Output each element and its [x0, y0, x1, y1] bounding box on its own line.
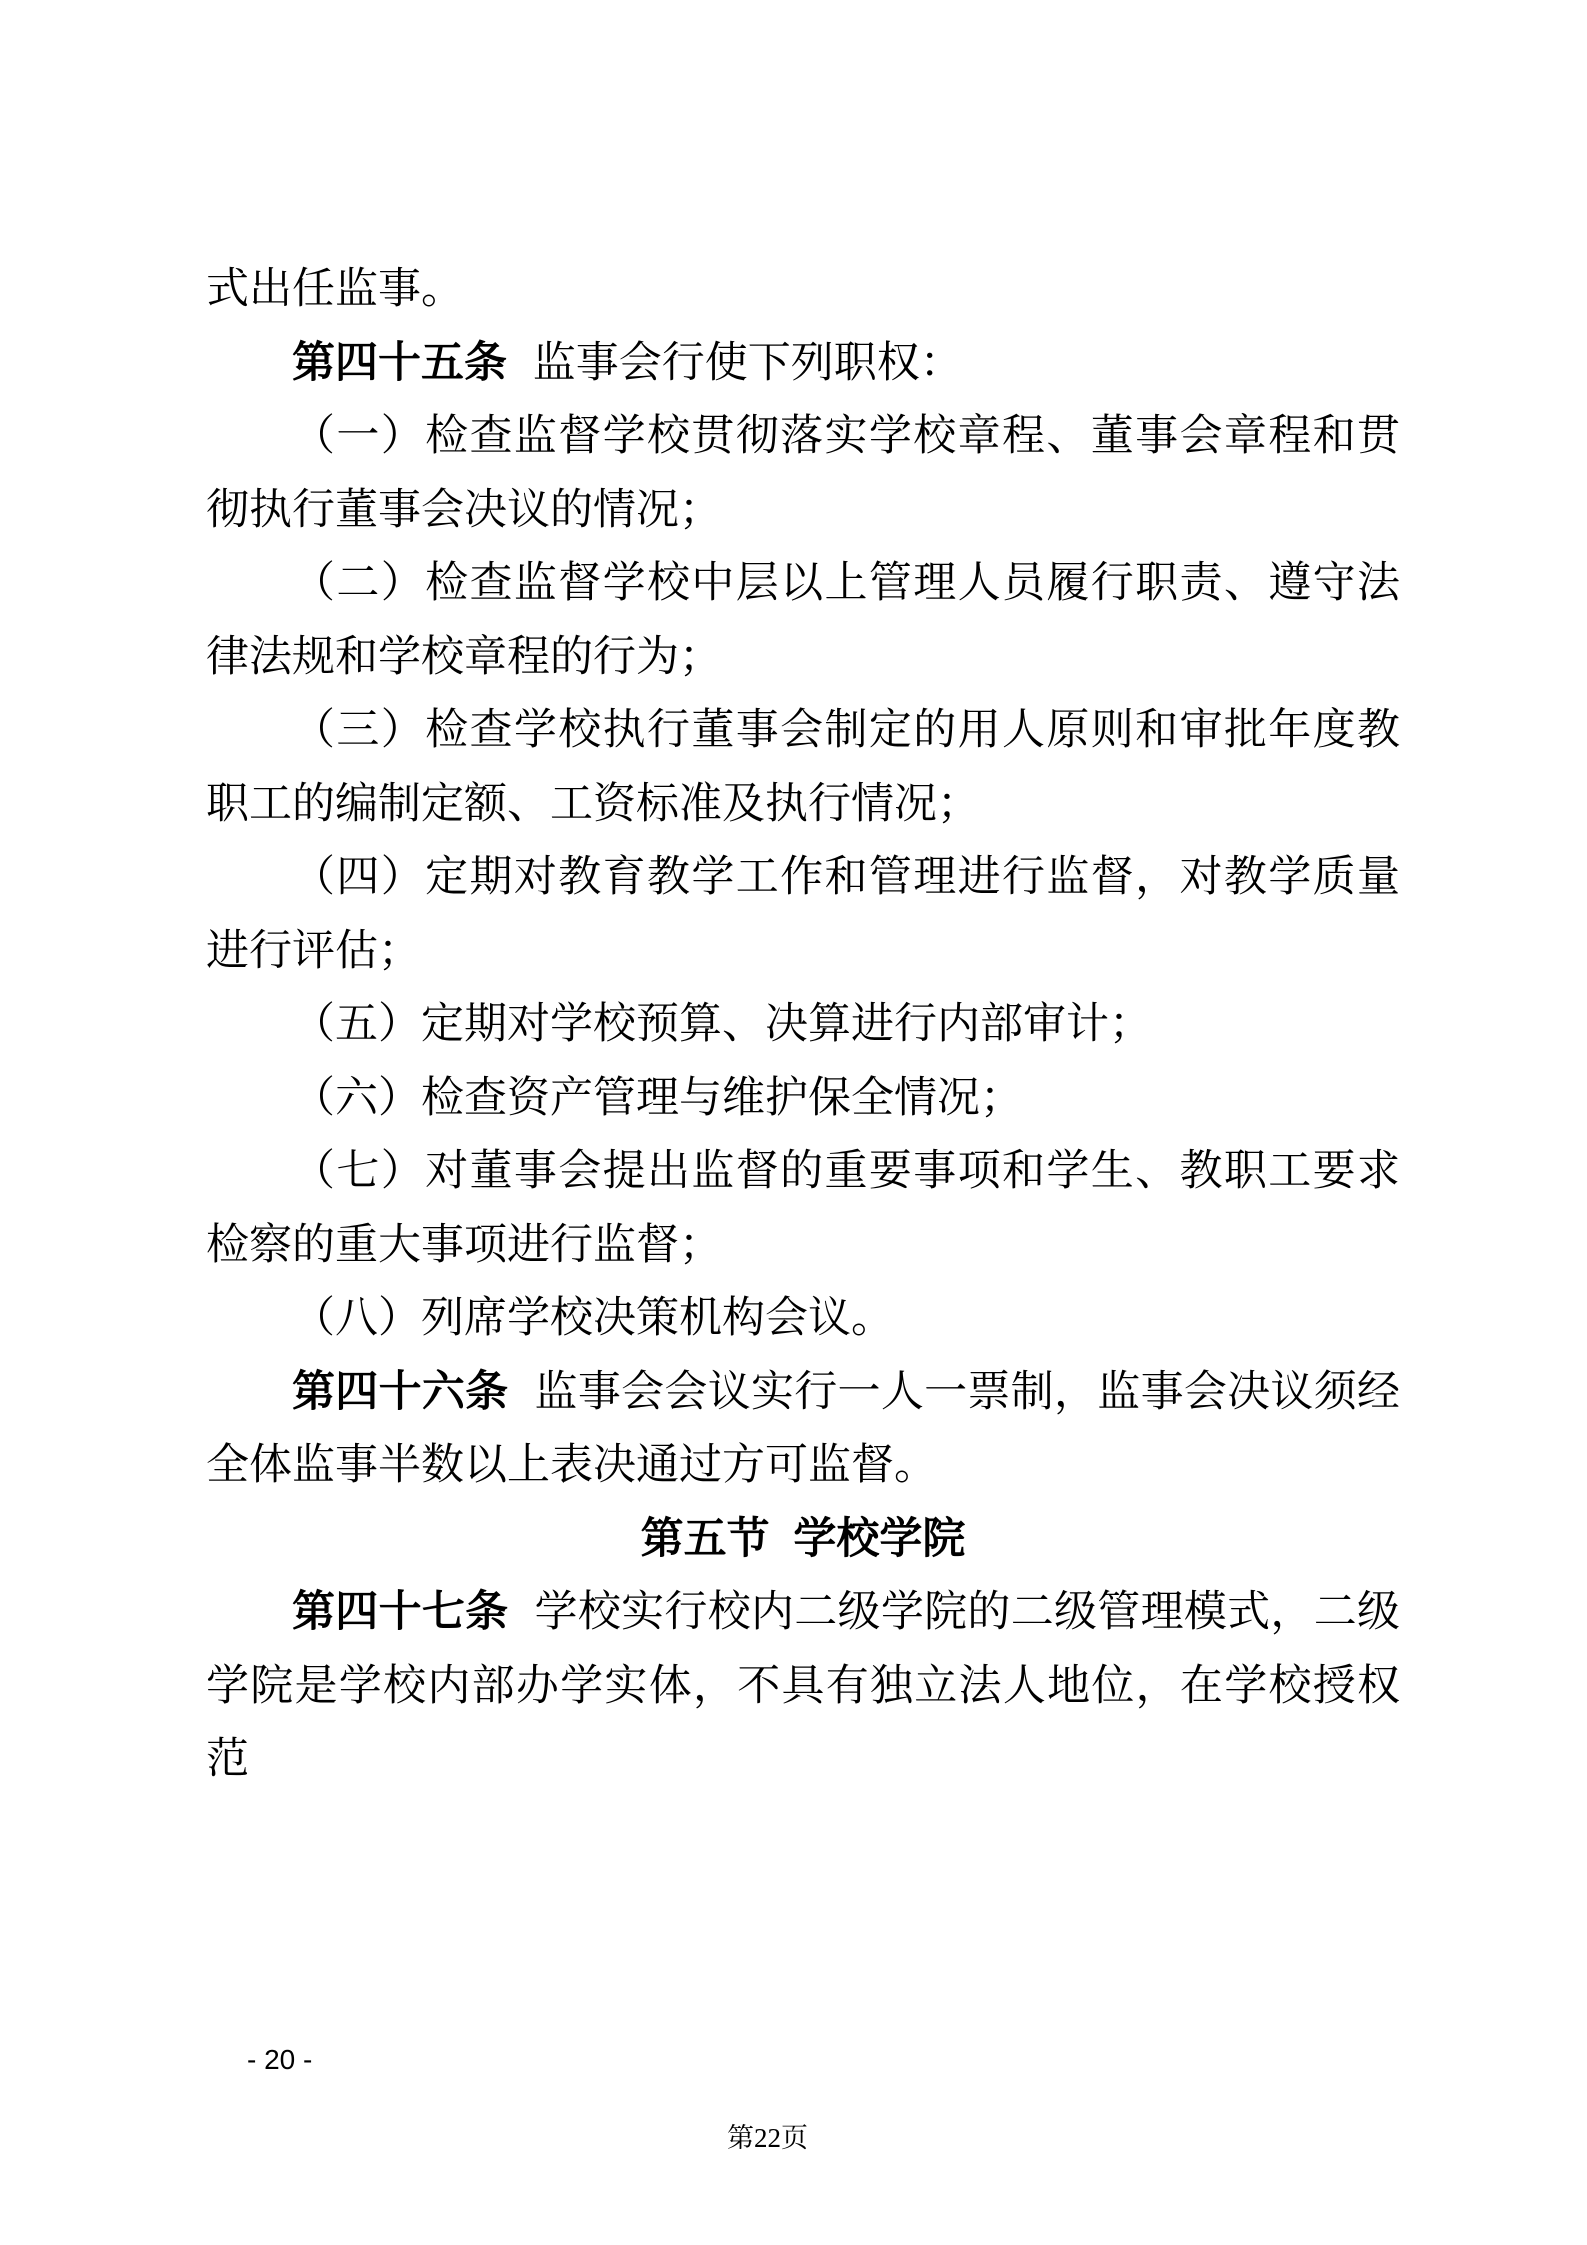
- clause-item-1: （一）检查监督学校贯彻落实学校章程、董事会章程和贯彻执行董事会决议的情况；: [206, 400, 1400, 547]
- clause-item-7: （七）对董事会提出监督的重要事项和学生、教职工要求检察的重大事项进行监督；: [206, 1135, 1400, 1282]
- article-47-number: 第四十七条: [292, 1589, 508, 1636]
- section-heading: 第五节 学校学院: [206, 1503, 1400, 1577]
- document-body: 式出任监事。 第四十五条 监事会行使下列职权： （一）检查监督学校贯彻落实学校章…: [206, 253, 1400, 1797]
- clause-item-4: （四）定期对教育教学工作和管理进行监督，对教学质量进行评估；: [206, 841, 1400, 988]
- document-page: 式出任监事。 第四十五条 监事会行使下列职权： （一）检查监督学校贯彻落实学校章…: [0, 0, 1587, 2245]
- article-45-number: 第四十五条: [292, 340, 507, 387]
- clause-item-5: （五）定期对学校预算、决算进行内部审计；: [206, 988, 1400, 1062]
- clause-item-6: （六）检查资产管理与维护保全情况；: [206, 1062, 1400, 1136]
- article-45-text: 监事会行使下列职权：: [522, 340, 963, 387]
- clause-item-2: （二）检查监督学校中层以上管理人员履行职责、遵守法律法规和学校章程的行为；: [206, 547, 1400, 694]
- footer-page-number: - 20 -: [247, 2045, 312, 2075]
- article-46: 第四十六条 监事会会议实行一人一票制，监事会决议须经全体监事半数以上表决通过方可…: [206, 1356, 1400, 1503]
- clause-item-3: （三）检查学校执行董事会制定的用人原则和审批年度教职工的编制定额、工资标准及执行…: [206, 694, 1400, 841]
- article-47: 第四十七条 学校实行校内二级学院的二级管理模式，二级学院是学校内部办学实体，不具…: [206, 1576, 1400, 1797]
- article-46-number: 第四十六条: [292, 1369, 508, 1416]
- paragraph-continuation: 式出任监事。: [206, 253, 1400, 327]
- article-45: 第四十五条 监事会行使下列职权：: [206, 327, 1400, 401]
- clause-item-8: （八）列席学校决策机构会议。: [206, 1282, 1400, 1356]
- footer-page-label: 第22页: [727, 2124, 808, 2153]
